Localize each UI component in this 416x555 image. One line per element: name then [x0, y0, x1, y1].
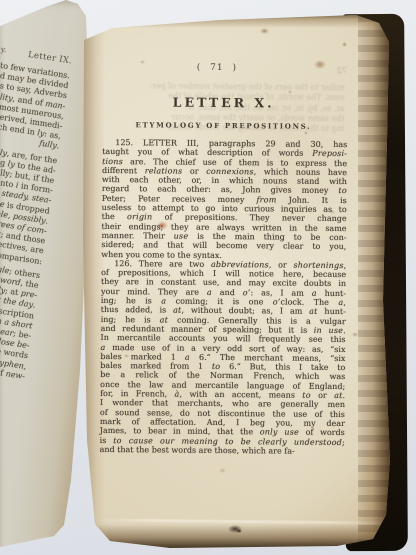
page-number-header: ( 71 ) — [101, 62, 333, 74]
section-title: ETYMOLOGY OF PREPOSITIONS. — [100, 120, 346, 131]
right-page-text: miliar to the ears of the greatest numbe… — [97, 0, 348, 555]
left-page-line-fragments: e to few variations.and may be dividedat… — [0, 55, 71, 382]
left-page-text: Letter IX. e to few variations.and may b… — [0, 40, 73, 382]
book-photo: Letter IX. e to few variations.and may b… — [0, 0, 416, 555]
left-page-corner-mark: y. — [0, 45, 7, 55]
showthrough-page-number: 72 — [337, 66, 347, 75]
body-text-column: 125. LETTER III, paragraphs 29 and 30, h… — [100, 138, 348, 456]
letter-title: LETTER X. — [101, 94, 347, 111]
left-page: Letter IX. e to few variations.and may b… — [0, 0, 92, 555]
